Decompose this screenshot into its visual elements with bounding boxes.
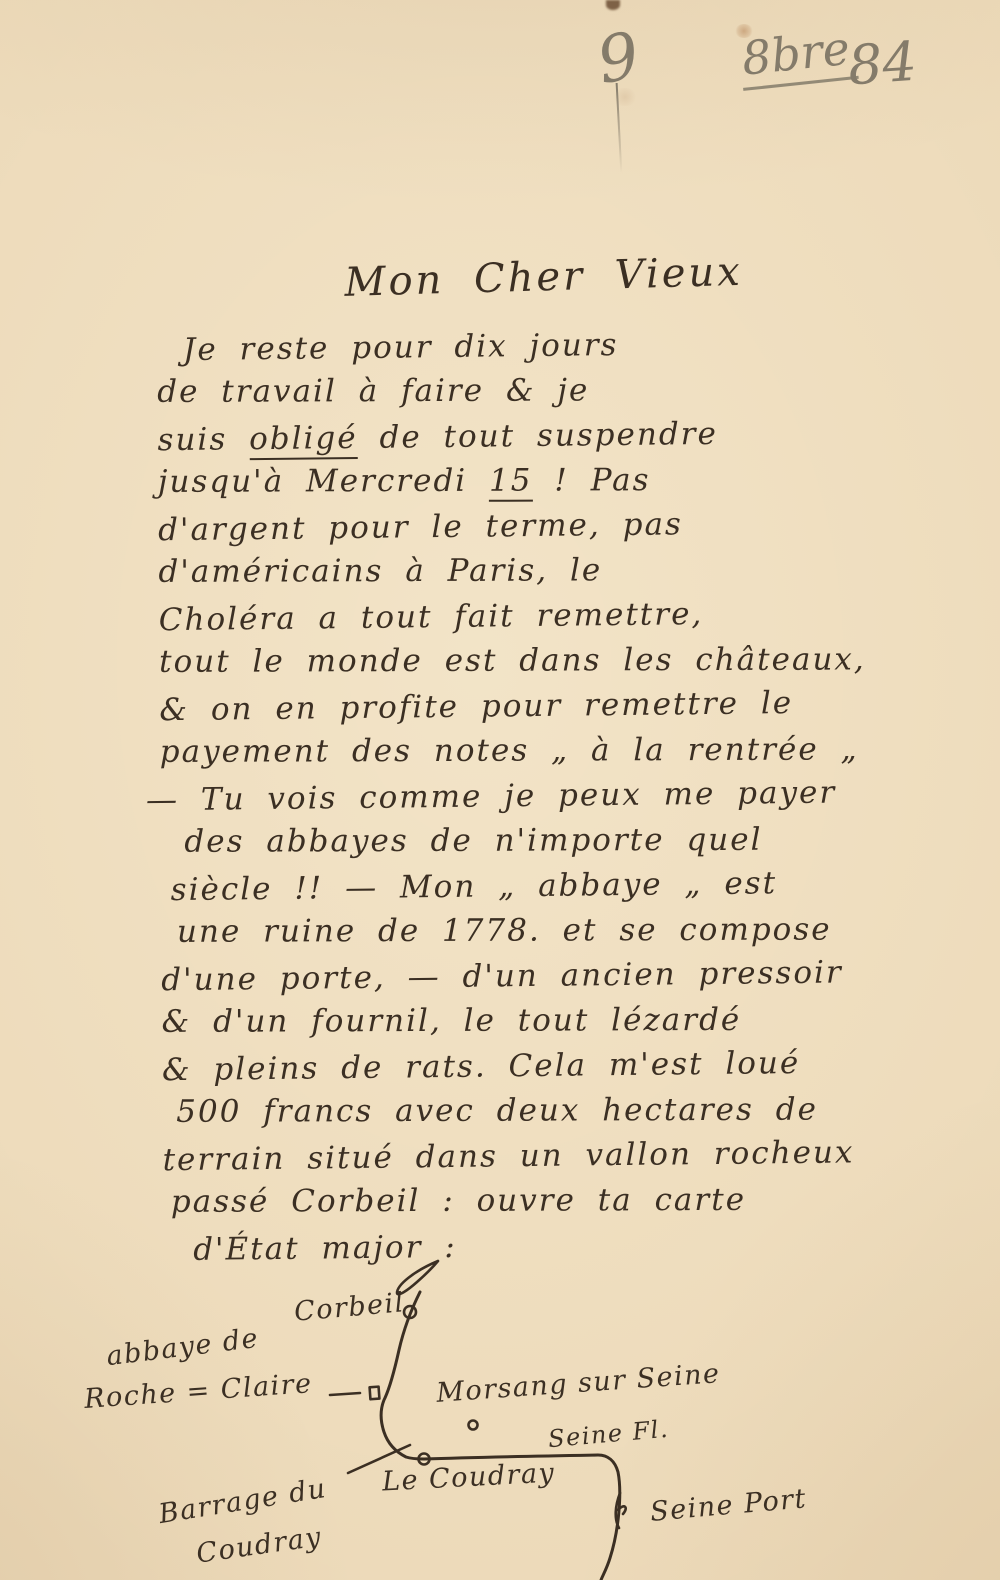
letter-line: & on en profite pour remettre le <box>159 679 999 734</box>
letter-line: d'américains à Paris, le <box>158 547 998 595</box>
letter-line: d'argent pour le terme, pas <box>158 499 998 554</box>
letter-line: — Tu vois comme je peux me payer <box>146 769 1000 824</box>
abbaye-marker <box>370 1387 380 1400</box>
letter-salutation: Mon Cher Vieux <box>344 242 997 306</box>
letter-line: siècle !! — Mon „ abbaye „ est <box>170 859 1000 913</box>
abbaye-connector-dash <box>330 1393 360 1395</box>
manuscript-letter-page: 9 8bre 84 Mon Cher Vieux Je reste pour d… <box>0 0 1000 1580</box>
map-sketch: Corbeilabbaye deRoche = ClaireMorsang su… <box>0 1240 1000 1580</box>
letter-line: jusqu'à Mercredi 15 ! Pas <box>158 457 998 505</box>
letter-line: Choléra a tout fait remettre, <box>159 589 999 644</box>
letter-line: Je reste pour dix jours <box>183 319 997 373</box>
letter-line: des abbayes de n'importe quel <box>184 817 1000 865</box>
letter-line: d'une porte, — d'un ancien pressoir <box>161 949 1000 1004</box>
letter-line: & pleins de rats. Cela m'est loué <box>162 1039 1000 1094</box>
letter-line: terrain situé dans un vallon rocheux <box>162 1129 1000 1184</box>
letter-line: une ruine de 1778. et se compose <box>177 907 1000 955</box>
morsang-marker <box>469 1421 478 1430</box>
letter-body: Je reste pour dix joursde travail à fair… <box>157 321 1000 1272</box>
letter-line: payement des notes „ à la rentrée „ <box>160 727 1000 775</box>
letter-line: 500 francs avec deux hectares de <box>176 1087 1000 1135</box>
letter-line: & d'un fournil, le tout lézardé <box>162 997 1000 1045</box>
letter-line: tout le monde est dans les châteaux, <box>159 637 999 685</box>
letter-line: suis obligé de tout suspendre <box>157 409 997 464</box>
letter-line: passé Corbeil : ouvre ta carte <box>171 1177 1000 1225</box>
letter-line: de travail à faire & je <box>157 367 997 415</box>
